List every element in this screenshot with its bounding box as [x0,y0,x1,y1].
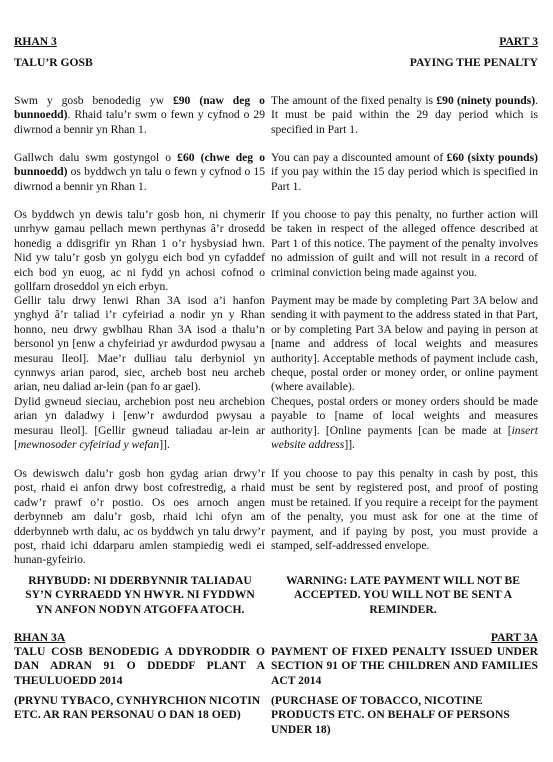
welsh-para-payment-methods: Gellir talu drwy lenwi Rhan 3A isod a’i … [14,294,265,395]
english-para-cheques: Cheques, postal orders or money orders s… [271,395,538,453]
english-amount-90: £90 (ninety pounds) [436,94,535,107]
english-para-fixed-penalty: The amount of the fixed penalty is £90 (… [271,94,538,137]
welsh-part3a-label: RHAN 3A [14,631,265,645]
welsh-para-discount: Gallwch dalu swm gostyngol o £60 (chwe d… [14,151,265,194]
english-para-cash-by-post: If you choose to pay this penalty in cas… [271,467,538,553]
welsh-section-title: TALU’R GOSB [14,56,265,70]
welsh-para-no-further-action: Os byddwch yn dewis talu’r gosb hon, ni … [14,208,265,294]
welsh-part-label: RHAN 3 [14,35,265,49]
english-para-no-further-action: If you choose to pay this penalty, no fu… [271,208,538,280]
welsh-warning: RHYBUDD: NI DDERBYNNIR TALIADAU SY’N CYR… [24,574,256,617]
welsh-part3a-title: TALU COSB BENODEDIG A DDYRODDIR O DAN AD… [14,645,265,688]
welsh-website-placeholder: mewnosoder cyfeiriad y wefan [18,438,159,451]
welsh-para-fixed-penalty: Swm y gosb benodedig yw £90 (naw deg o b… [14,94,265,137]
english-amount-60: £60 (sixty pounds) [447,151,538,164]
english-part3a-subtitle: (PURCHASE OF TOBACCO, NICOTINE PRODUCTS … [271,694,538,737]
welsh-para-cheques: Dylid gwneud sieciau, archebion post neu… [14,395,265,453]
welsh-part3a-subtitle: (PRYNU TYBACO, CYNHYRCHION NICOTIN ETC. … [14,694,265,723]
english-para-payment-methods: Payment may be made by completing Part 3… [271,294,538,395]
english-part3a-title: PAYMENT OF FIXED PENALTY ISSUED UNDER SE… [271,645,538,688]
english-part3a-label: PART 3A [271,631,538,645]
english-part-label: PART 3 [271,35,538,49]
welsh-para-cash-by-post: Os dewiswch dalu’r gosb hon gydag arian … [14,467,265,568]
english-section-title: PAYING THE PENALTY [271,56,538,70]
english-para-discount: You can pay a discounted amount of £60 (… [271,151,538,194]
english-warning: WARNING: LATE PAYMENT WILL NOT BE ACCEPT… [276,574,530,617]
